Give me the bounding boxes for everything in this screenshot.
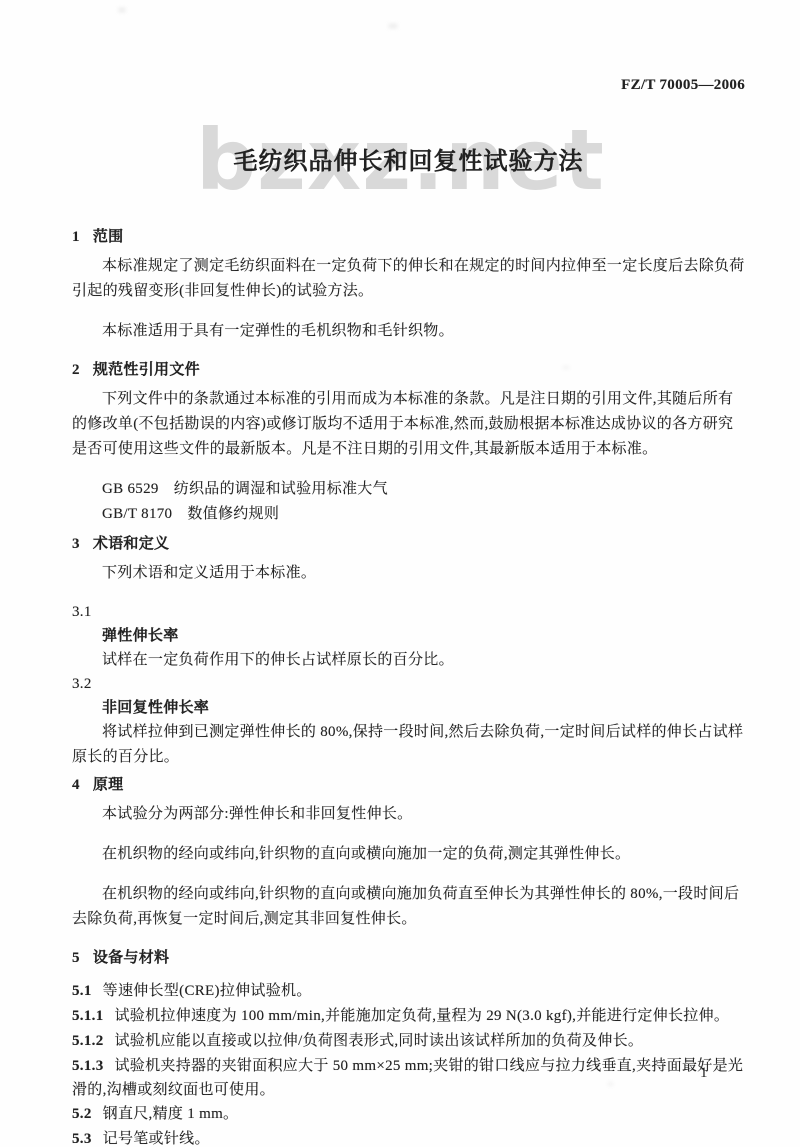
section-title: 规范性引用文件 xyxy=(93,362,200,378)
reference-code: GB 6529 xyxy=(102,481,159,497)
clause-text: 试验机夹持器的夹钳面积应大于 50 mm×25 mm;夹钳的钳口线应与拉力线垂直… xyxy=(72,1058,743,1098)
clause-number: 5.2 xyxy=(72,1106,92,1122)
term-definition: 将试样拉伸到已测定弹性伸长的 80%,保持一段时间,然后去除负荷,一定时间后试样… xyxy=(72,720,745,770)
paragraph: 在机织物的经向或纬向,针织物的直向或横向施加一定的负荷,测定其弹性伸长。 xyxy=(72,842,745,867)
term-name: 弹性伸长率 xyxy=(72,624,745,648)
section-title: 术语和定义 xyxy=(93,536,170,552)
section-number: 1 xyxy=(72,229,80,245)
term-definition: 试样在一定负荷作用下的伸长占试样原长的百分比。 xyxy=(72,648,745,673)
paragraph: 本标准适用于具有一定弹性的毛机织物和毛针织物。 xyxy=(72,319,745,344)
term-number: 3.1 xyxy=(72,601,745,624)
section-number: 3 xyxy=(72,536,80,552)
paragraph: 本试验分为两部分:弹性伸长和非回复性伸长。 xyxy=(72,802,745,827)
clause-number: 5.1.2 xyxy=(72,1033,104,1049)
section-4-heading: 4原理 xyxy=(72,774,745,796)
document-content: FZ/T 70005—2006 毛纺织品伸长和回复性试验方法 1范围 本标准规定… xyxy=(72,0,745,1147)
section-title: 原理 xyxy=(93,777,124,793)
clause: 5.3记号笔或针线。 xyxy=(72,1127,745,1147)
section-title: 范围 xyxy=(93,229,124,245)
section-3-heading: 3术语和定义 xyxy=(72,533,745,555)
term-name: 非回复性伸长率 xyxy=(72,696,745,720)
section-number: 5 xyxy=(72,950,80,966)
reference-code: GB/T 8170 xyxy=(102,506,172,522)
section-1-heading: 1范围 xyxy=(72,226,745,248)
clause: 5.1.1试验机拉伸速度为 100 mm/min,并能施加定负荷,量程为 29 … xyxy=(72,1004,745,1029)
section-number: 2 xyxy=(72,362,80,378)
document-title: 毛纺织品伸长和回复性试验方法 xyxy=(72,146,745,178)
section-number: 4 xyxy=(72,777,80,793)
page-number: 1 xyxy=(700,1064,708,1082)
paragraph: 下列文件中的条款通过本标准的引用而成为本标准的条款。凡是注日期的引用文件,其随后… xyxy=(72,387,745,462)
term-number: 3.2 xyxy=(72,673,745,696)
reference-title: 纺织品的调湿和试验用标准大气 xyxy=(174,481,388,497)
paragraph: 下列术语和定义适用于本标准。 xyxy=(72,561,745,586)
paragraph: 在机织物的经向或纬向,针织物的直向或横向施加负荷直至伸长为其弹性伸长的 80%,… xyxy=(72,882,745,932)
clause-number: 5.1.3 xyxy=(72,1058,104,1074)
clause-text: 等速伸长型(CRE)拉伸试验机。 xyxy=(103,983,312,999)
clause-text: 记号笔或针线。 xyxy=(103,1131,210,1147)
section-title: 设备与材料 xyxy=(93,950,170,966)
paragraph: 本标准规定了测定毛纺织面料在一定负荷下的伸长和在规定的时间内拉伸至一定长度后去除… xyxy=(72,254,745,304)
clause: 5.2钢直尺,精度 1 mm。 xyxy=(72,1102,745,1127)
section-5-heading: 5设备与材料 xyxy=(72,947,745,969)
standard-number: FZ/T 70005—2006 xyxy=(72,76,745,94)
clause-text: 试验机拉伸速度为 100 mm/min,并能施加定负荷,量程为 29 N(3.0… xyxy=(115,1008,730,1024)
section-2-heading: 2规范性引用文件 xyxy=(72,359,745,381)
clause: 5.1等速伸长型(CRE)拉伸试验机。 xyxy=(72,979,745,1004)
reference-title: 数值修约规则 xyxy=(187,506,279,522)
clause-text: 试验机应能以直接或以拉伸/负荷图表形式,同时读出该试样所加的负荷及伸长。 xyxy=(115,1033,644,1049)
reference-item: GB/T 8170数值修约规则 xyxy=(72,502,745,527)
clause-number: 5.1.1 xyxy=(72,1008,104,1024)
clause-number: 5.3 xyxy=(72,1131,92,1147)
clause-number: 5.1 xyxy=(72,983,92,999)
clause-text: 钢直尺,精度 1 mm。 xyxy=(103,1106,239,1122)
clause: 5.1.2试验机应能以直接或以拉伸/负荷图表形式,同时读出该试样所加的负荷及伸长… xyxy=(72,1029,745,1054)
document-page: bzxz.net FZ/T 70005—2006 毛纺织品伸长和回复性试验方法 … xyxy=(0,0,800,1147)
reference-item: GB 6529纺织品的调湿和试验用标准大气 xyxy=(72,477,745,502)
clause: 5.1.3试验机夹持器的夹钳面积应大于 50 mm×25 mm;夹钳的钳口线应与… xyxy=(72,1054,745,1102)
